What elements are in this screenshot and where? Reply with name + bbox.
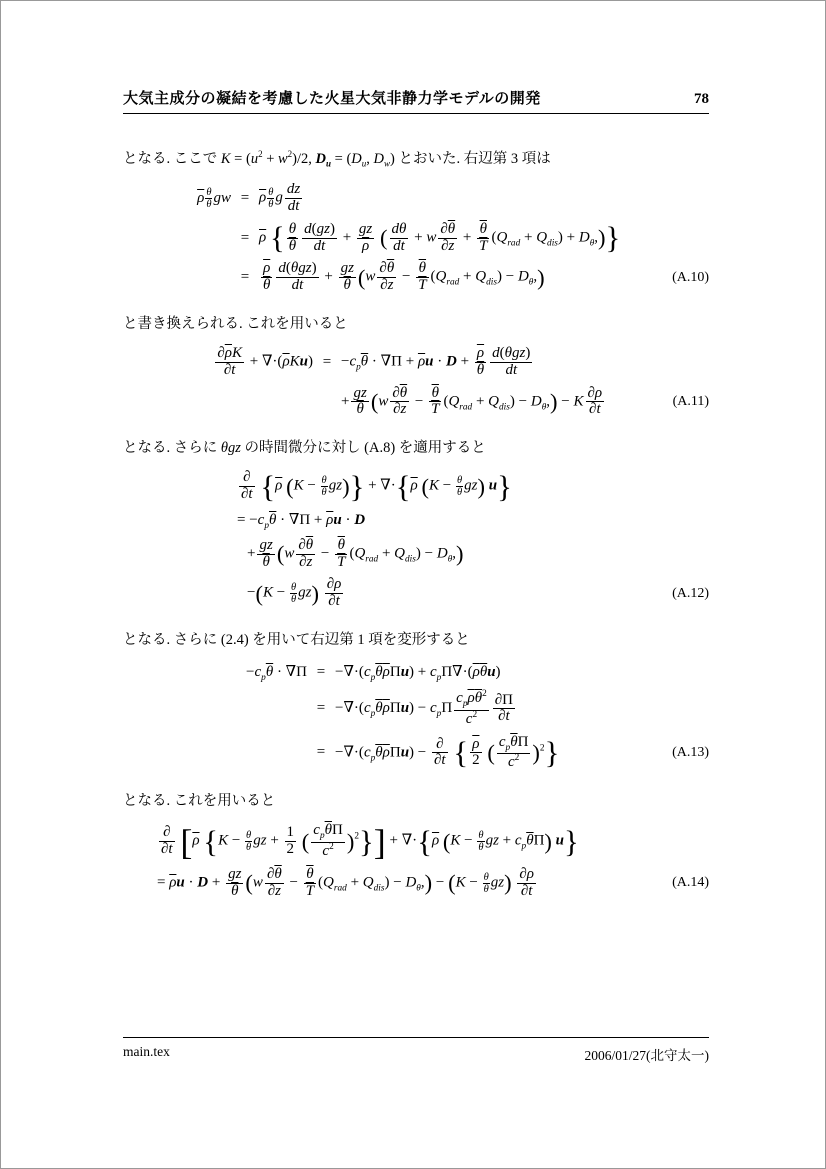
equation-a10: ρθθgw = ρθθgdzdt = ρ {θθd(gz)dt + gzρ (d… bbox=[153, 182, 709, 294]
equals-sign: = bbox=[314, 744, 328, 761]
equation-rhs: +gzθ(w∂θ∂z − θT(Qrad + Qdis) − Dθ,) − K∂… bbox=[341, 386, 606, 419]
equation-row: = −cpθ · ∇Π + ρu · D bbox=[237, 510, 709, 531]
equation-a11: ∂ρK∂t + ∇·(ρKu) = −cpθ · ∇Π + ρu · D + ρ… bbox=[129, 346, 709, 418]
equation-rhs: = −cpθ · ∇Π + ρu · D bbox=[237, 510, 365, 531]
equation-rhs: ρθθgdzdt bbox=[259, 182, 304, 215]
equation-a13: −cpθ · ∇Π = −∇·(cpθρΠu) + cpΠ∇·(ρθu) = −… bbox=[211, 662, 709, 771]
equals-sign: = bbox=[238, 230, 252, 247]
paragraph-3: となる. さらに θgz の時間微分に対し (A.8) を適用すると bbox=[123, 438, 709, 458]
equation-row: ∂∂t {ρ (K − θθgz)} + ∇·{ρ (K − θθgz) u} bbox=[237, 470, 709, 503]
paragraph-4: となる. さらに (2.4) を用いて右辺第 1 項を変形すると bbox=[123, 630, 709, 650]
equation-row: = ρθd(θgz)dt + gzθ(w∂θ∂z − θT(Qrad + Qdi… bbox=[153, 261, 709, 294]
equals-sign: = bbox=[314, 700, 328, 717]
equation-row: = −∇·(cpθρΠu) − cpΠcpρθ2c2∂Π∂t bbox=[211, 690, 709, 728]
equation-row: ∂ρK∂t + ∇·(ρKu) = −cpθ · ∇Π + ρu · D + ρ… bbox=[129, 346, 709, 379]
page-title: 大気主成分の凝結を考慮した火星大気非静力学モデルの開発 bbox=[123, 87, 541, 108]
footer-date: 2006/01/27(北守太一) bbox=[585, 1044, 710, 1064]
equation-rhs: ρ {θθd(gz)dt + gzρ (dθdt + w∂θ∂z + θT(Qr… bbox=[259, 222, 620, 255]
equation-a12: ∂∂t {ρ (K − θθgz)} + ∇·{ρ (K − θθgz) u} … bbox=[123, 470, 709, 610]
equation-lhs: −cpθ · ∇Π bbox=[211, 662, 307, 683]
equation-rhs: +gzθ(w∂θ∂z − θT(Qrad + Qdis) − Dθ,) bbox=[247, 538, 464, 571]
page-number: 78 bbox=[694, 91, 709, 108]
page-header: 大気主成分の凝結を考慮した火星大気非静力学モデルの開発 78 bbox=[123, 87, 709, 114]
equation-number: (A.14) bbox=[672, 875, 709, 891]
equation-rhs: −∇·(cpθρΠu) − cpΠcpρθ2c2∂Π∂t bbox=[335, 690, 517, 728]
equation-row: = −∇·(cpθρΠu) − ∂∂t {ρ2 (cpθΠc2)2} (A.13… bbox=[211, 735, 709, 772]
equation-rhs: −(K − θθgz) ∂ρ∂t bbox=[247, 577, 345, 610]
equation-rhs: −cpθ · ∇Π + ρu · D + ρθd(θgz)dt bbox=[341, 346, 534, 379]
equation-row: −(K − θθgz) ∂ρ∂t (A.12) bbox=[247, 577, 709, 610]
equation-lhs: ρθθgw bbox=[153, 187, 231, 210]
equation-number: (A.11) bbox=[673, 394, 709, 410]
equation-row: ρθθgw = ρθθgdzdt bbox=[153, 182, 709, 215]
page-footer: main.tex 2006/01/27(北守太一) bbox=[123, 1037, 709, 1064]
equation-rhs: ρθd(θgz)dt + gzθ(w∂θ∂z − θT(Qrad + Qdis)… bbox=[259, 261, 545, 294]
document-page: 大気主成分の凝結を考慮した火星大気非静力学モデルの開発 78 となる. ここで … bbox=[0, 0, 826, 1169]
equals-sign: = bbox=[314, 664, 328, 681]
equation-rhs: −∇·(cpθρΠu) + cpΠ∇·(ρθu) bbox=[335, 662, 501, 683]
equation-rhs: ∂∂t {ρ (K − θθgz)} + ∇·{ρ (K − θθgz) u} bbox=[237, 470, 512, 503]
equation-row: = ρ {θθd(gz)dt + gzρ (dθdt + w∂θ∂z + θT(… bbox=[153, 222, 709, 255]
equation-rhs: −∇·(cpθρΠu) − ∂∂t {ρ2 (cpθΠc2)2} bbox=[335, 735, 559, 772]
paragraph-5: となる. これを用いると bbox=[123, 791, 709, 811]
footer-filename: main.tex bbox=[123, 1044, 170, 1064]
equation-row: +gzθ(w∂θ∂z − θT(Qrad + Qdis) − Dθ,) bbox=[247, 538, 709, 571]
equation-row: +gzθ(w∂θ∂z − θT(Qrad + Qdis) − Dθ,) − K∂… bbox=[129, 386, 709, 419]
equals-sign: = bbox=[320, 354, 334, 371]
equation-a14: ∂∂t [ρ {K − θθgz + 12 (cpθΠc2)2}] + ∇·{ρ… bbox=[123, 823, 709, 899]
equation-number: (A.12) bbox=[672, 586, 709, 602]
equation-row: ∂∂t [ρ {K − θθgz + 12 (cpθΠc2)2}] + ∇·{ρ… bbox=[157, 823, 709, 860]
equals-sign: = bbox=[238, 190, 252, 207]
paragraph-1: となる. ここで K = (u2 + w2)/2, Du = (Du, Dw) … bbox=[123, 148, 709, 170]
equation-rhs: ∂∂t [ρ {K − θθgz + 12 (cpθΠc2)2}] + ∇·{ρ… bbox=[157, 823, 579, 860]
equation-row: −cpθ · ∇Π = −∇·(cpθρΠu) + cpΠ∇·(ρθu) bbox=[211, 662, 709, 683]
paragraph-2: と書き換えられる. これを用いると bbox=[123, 314, 709, 334]
equation-lhs: ∂ρK∂t + ∇·(ρKu) bbox=[129, 346, 313, 379]
equation-row: = ρu · D + gzθ(w∂θ∂z − θT(Qrad + Qdis) −… bbox=[157, 867, 709, 900]
equation-rhs: = ρu · D + gzθ(w∂θ∂z − θT(Qrad + Qdis) −… bbox=[157, 867, 538, 900]
equation-number: (A.10) bbox=[672, 270, 709, 286]
equation-number: (A.13) bbox=[672, 745, 709, 761]
page-content: 大気主成分の凝結を考慮した火星大気非静力学モデルの開発 78 となる. ここで … bbox=[123, 87, 709, 911]
equals-sign: = bbox=[238, 269, 252, 286]
